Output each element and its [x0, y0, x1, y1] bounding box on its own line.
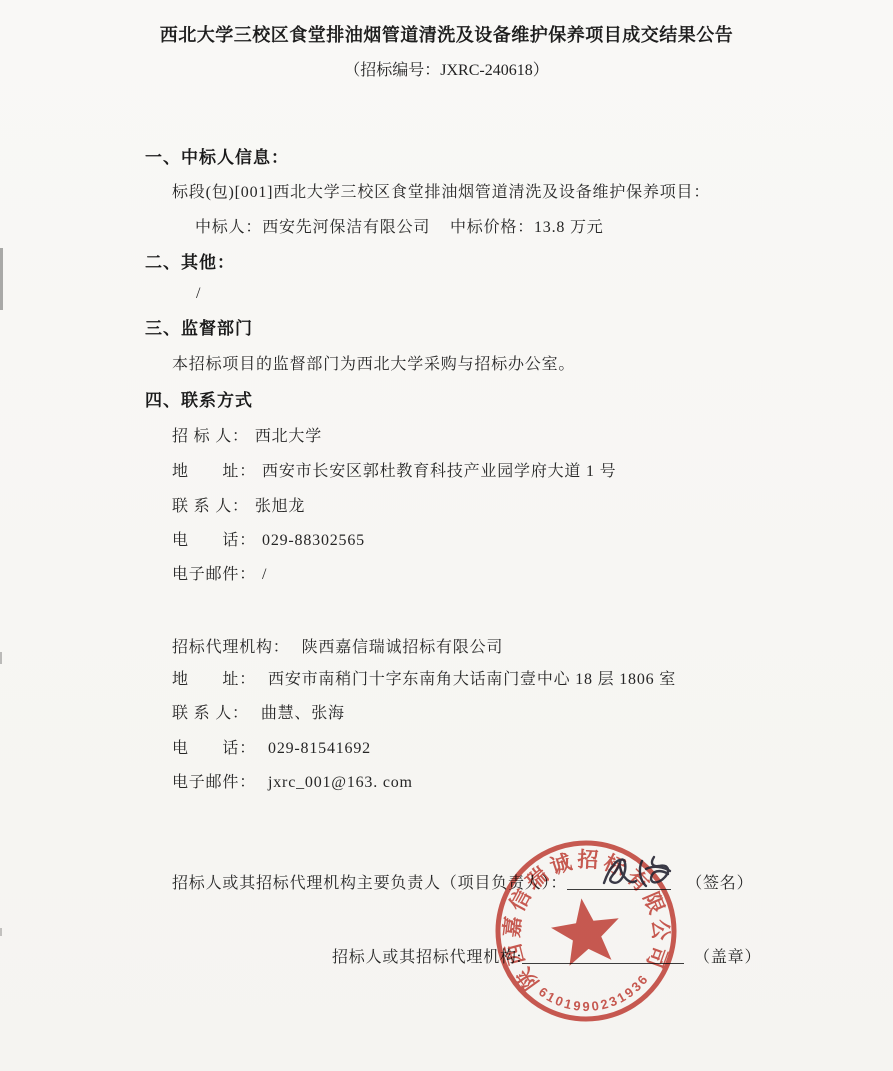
contact-label: 招 标 人： — [172, 428, 249, 445]
agency-row-name: 招标代理机构：陕西嘉信瑞诚招标有限公司 — [172, 638, 503, 658]
agency-row-email: 电子邮件：jxrc_001@163. com — [172, 773, 413, 793]
agency-row-address: 地 址：西安市南稍门十字东南角大话南门壹中心 18 层 1806 室 — [172, 670, 676, 690]
contact-value: jxrc_001@163. com — [268, 774, 413, 791]
section-3-content: 本招标项目的监督部门为西北大学采购与招标办公室。 — [172, 355, 575, 375]
section-2-heading: 二、其他： — [145, 252, 235, 273]
contact-value: 029-88302565 — [262, 532, 365, 549]
seal-star-icon — [548, 894, 625, 968]
contact-label: 电 话： — [172, 532, 256, 549]
signoff-line1-suffix: （签名） — [686, 875, 753, 892]
tenderer-row-contact-person: 联 系 人：张旭龙 — [172, 497, 305, 517]
contact-label: 电 话： — [172, 740, 256, 757]
tenderer-row-phone: 电 话：029-88302565 — [172, 531, 365, 551]
contact-label: 地 址： — [172, 463, 256, 480]
section-2-content: / — [196, 284, 201, 304]
scan-artifact — [0, 248, 3, 310]
scan-artifact — [0, 652, 2, 664]
winner-price: 中标价格：13.8 万元 — [450, 218, 604, 238]
signature-name-text: 张海 — [0, 0, 1, 1]
tender-number: （招标编号：JXRC-240618） — [0, 61, 893, 81]
contact-value: / — [262, 566, 267, 583]
section-4-heading: 四、联系方式 — [145, 390, 253, 411]
contact-value: 张旭龙 — [255, 498, 305, 515]
contact-label: 电子邮件： — [172, 566, 256, 583]
agency-row-phone: 电 话：029-81541692 — [172, 739, 371, 759]
page-title: 西北大学三校区食堂排油烟管道清洗及设备维护保养项目成交结果公告 — [0, 24, 893, 47]
lot-line: 标段(包)[001]西北大学三校区食堂排油烟管道清洗及设备维护保养项目： — [172, 183, 710, 203]
scan-artifact — [0, 928, 2, 936]
contact-value: 陕西嘉信瑞诚招标有限公司 — [302, 639, 504, 656]
contact-value: 西安市长安区郭杜教育科技产业园学府大道 1 号 — [262, 463, 616, 480]
tenderer-row-email: 电子邮件：/ — [172, 565, 267, 585]
contact-label: 联 系 人： — [172, 705, 249, 722]
section-1-heading: 一、中标人信息： — [145, 147, 289, 168]
handwritten-signature — [596, 845, 686, 900]
contact-value: 西安市南稍门十字东南角大话南门壹中心 18 层 1806 室 — [268, 671, 676, 688]
contact-label: 联 系 人： — [172, 498, 249, 515]
contact-value: 029-81541692 — [268, 740, 371, 757]
contact-value: 曲慧、张海 — [261, 705, 345, 722]
section-3-heading: 三、监督部门 — [145, 318, 253, 339]
contact-label: 地 址： — [172, 671, 256, 688]
contact-label: 招标代理机构： — [172, 639, 290, 656]
agency-row-contact-person: 联 系 人：曲慧、张海 — [172, 704, 345, 724]
contact-label: 电子邮件： — [172, 774, 256, 791]
tenderer-row-name: 招 标 人：西北大学 — [172, 427, 322, 447]
signoff-line2-suffix: （盖章） — [694, 949, 761, 966]
tenderer-row-address: 地 址：西安市长安区郭杜教育科技产业园学府大道 1 号 — [172, 462, 616, 482]
winner-line: 中标人：西安先河保洁有限公司 — [195, 218, 430, 238]
document-page: 西北大学三校区食堂排油烟管道清洗及设备维护保养项目成交结果公告 （招标编号：JX… — [0, 0, 893, 1071]
contact-value: 西北大学 — [255, 428, 322, 445]
